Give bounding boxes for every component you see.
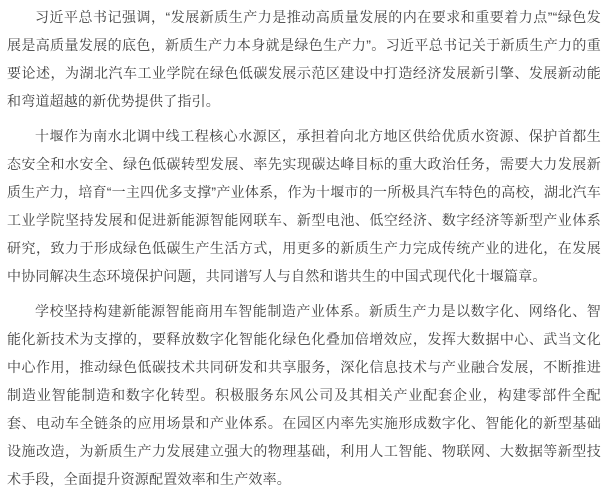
paragraph-shiyan-water-source: 十堰作为南水北调中线工程核心水源区，承担着向北方地区供给优质水资源、保护首都生态… — [7, 122, 601, 290]
paragraph-xi-quote: 习近平总书记强调，“发展新质生产力是推动高质量发展的内在要求和重要着力点”“绿色… — [7, 3, 601, 115]
article-body: 习近平总书记强调，“发展新质生产力是推动高质量发展的内在要求和重要着力点”“绿色… — [0, 0, 608, 493]
paragraph-school-industry-system: 学校坚持构建新能源智能商用车智能制造产业体系。新质生产力是以数字化、网络化、智能… — [7, 297, 601, 493]
